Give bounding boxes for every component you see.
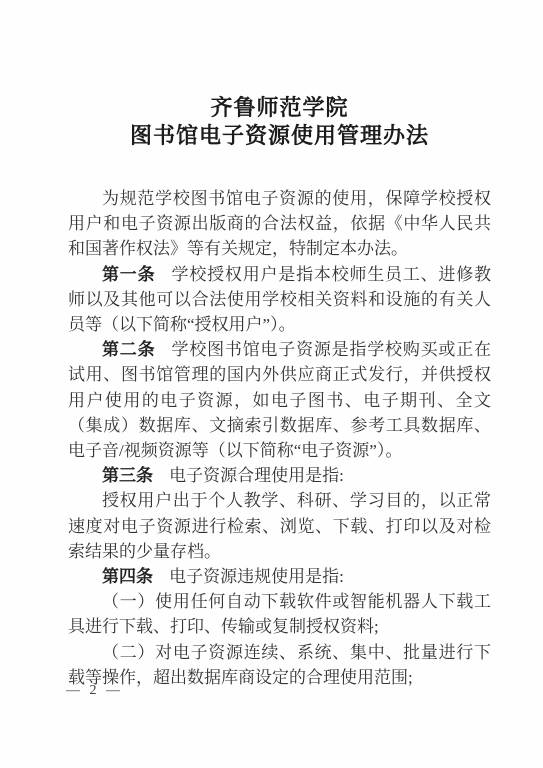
paragraph-clause-1: （一）使用任何自动下载软件或智能机器人下载工具进行下载、打印、传输或复制授权资料… <box>68 589 491 639</box>
document-title: 齐鲁师范学院 图书馆电子资源使用管理办法 <box>68 94 491 150</box>
paragraph-article-4: 第四条电子资源违规使用是指: <box>68 564 491 589</box>
paragraph-text: 为规范学校图书馆电子资源的使用，保障学校授权用户和电子资源出版商的合法权益，依据… <box>68 189 491 258</box>
paragraph-text: 电子资源合理使用是指: <box>169 466 344 485</box>
document-title-line-1: 齐鲁师范学院 <box>68 94 491 122</box>
document-body: 为规范学校图书馆电子资源的使用，保障学校授权用户和电子资源出版商的合法权益，依据… <box>68 186 491 690</box>
paragraph-clause-2: （二）对电子资源连续、系统、集中、批量进行下载等操作，超出数据库商设定的合理使用… <box>68 640 491 690</box>
document-content: 齐鲁师范学院 图书馆电子资源使用管理办法 为规范学校图书馆电子资源的使用，保障学… <box>68 94 491 690</box>
scanned-document-page: 齐鲁师范学院 图书馆电子资源使用管理办法 为规范学校图书馆电子资源的使用，保障学… <box>0 0 543 768</box>
paragraph-text: （一）使用任何自动下载软件或智能机器人下载工具进行下载、打印、传输或复制授权资料… <box>68 592 491 636</box>
article-number-label: 第四条 <box>102 567 153 586</box>
paragraph-text: （二）对电子资源连续、系统、集中、批量进行下载等操作，超出数据库商设定的合理使用… <box>68 643 491 687</box>
paragraph-article-3: 第三条电子资源合理使用是指: <box>68 463 491 488</box>
article-number-label: 第三条 <box>102 466 153 485</box>
document-title-line-2: 图书馆电子资源使用管理办法 <box>68 122 491 150</box>
paragraph-article-1: 第一条学校授权用户是指本校师生员工、进修教师以及其他可以合法使用学校相关资料和设… <box>68 262 491 338</box>
article-number-label: 第二条 <box>102 340 155 359</box>
page-number: — 2 — <box>66 683 123 699</box>
article-number-label: 第一条 <box>102 265 155 284</box>
paragraph-text: 电子资源违规使用是指: <box>169 567 344 586</box>
paragraph-article-3-body: 授权用户出于个人教学、科研、学习目的，以正常速度对电子资源进行检索、浏览、下载、… <box>68 488 491 564</box>
paragraph-text: 授权用户出于个人教学、科研、学习目的，以正常速度对电子资源进行检索、浏览、下载、… <box>68 491 491 560</box>
paragraph-article-2: 第二条学校图书馆电子资源是指学校购买或正在试用、图书馆管理的国内外供应商正式发行… <box>68 337 491 463</box>
paragraph-intro: 为规范学校图书馆电子资源的使用，保障学校授权用户和电子资源出版商的合法权益，依据… <box>68 186 491 262</box>
